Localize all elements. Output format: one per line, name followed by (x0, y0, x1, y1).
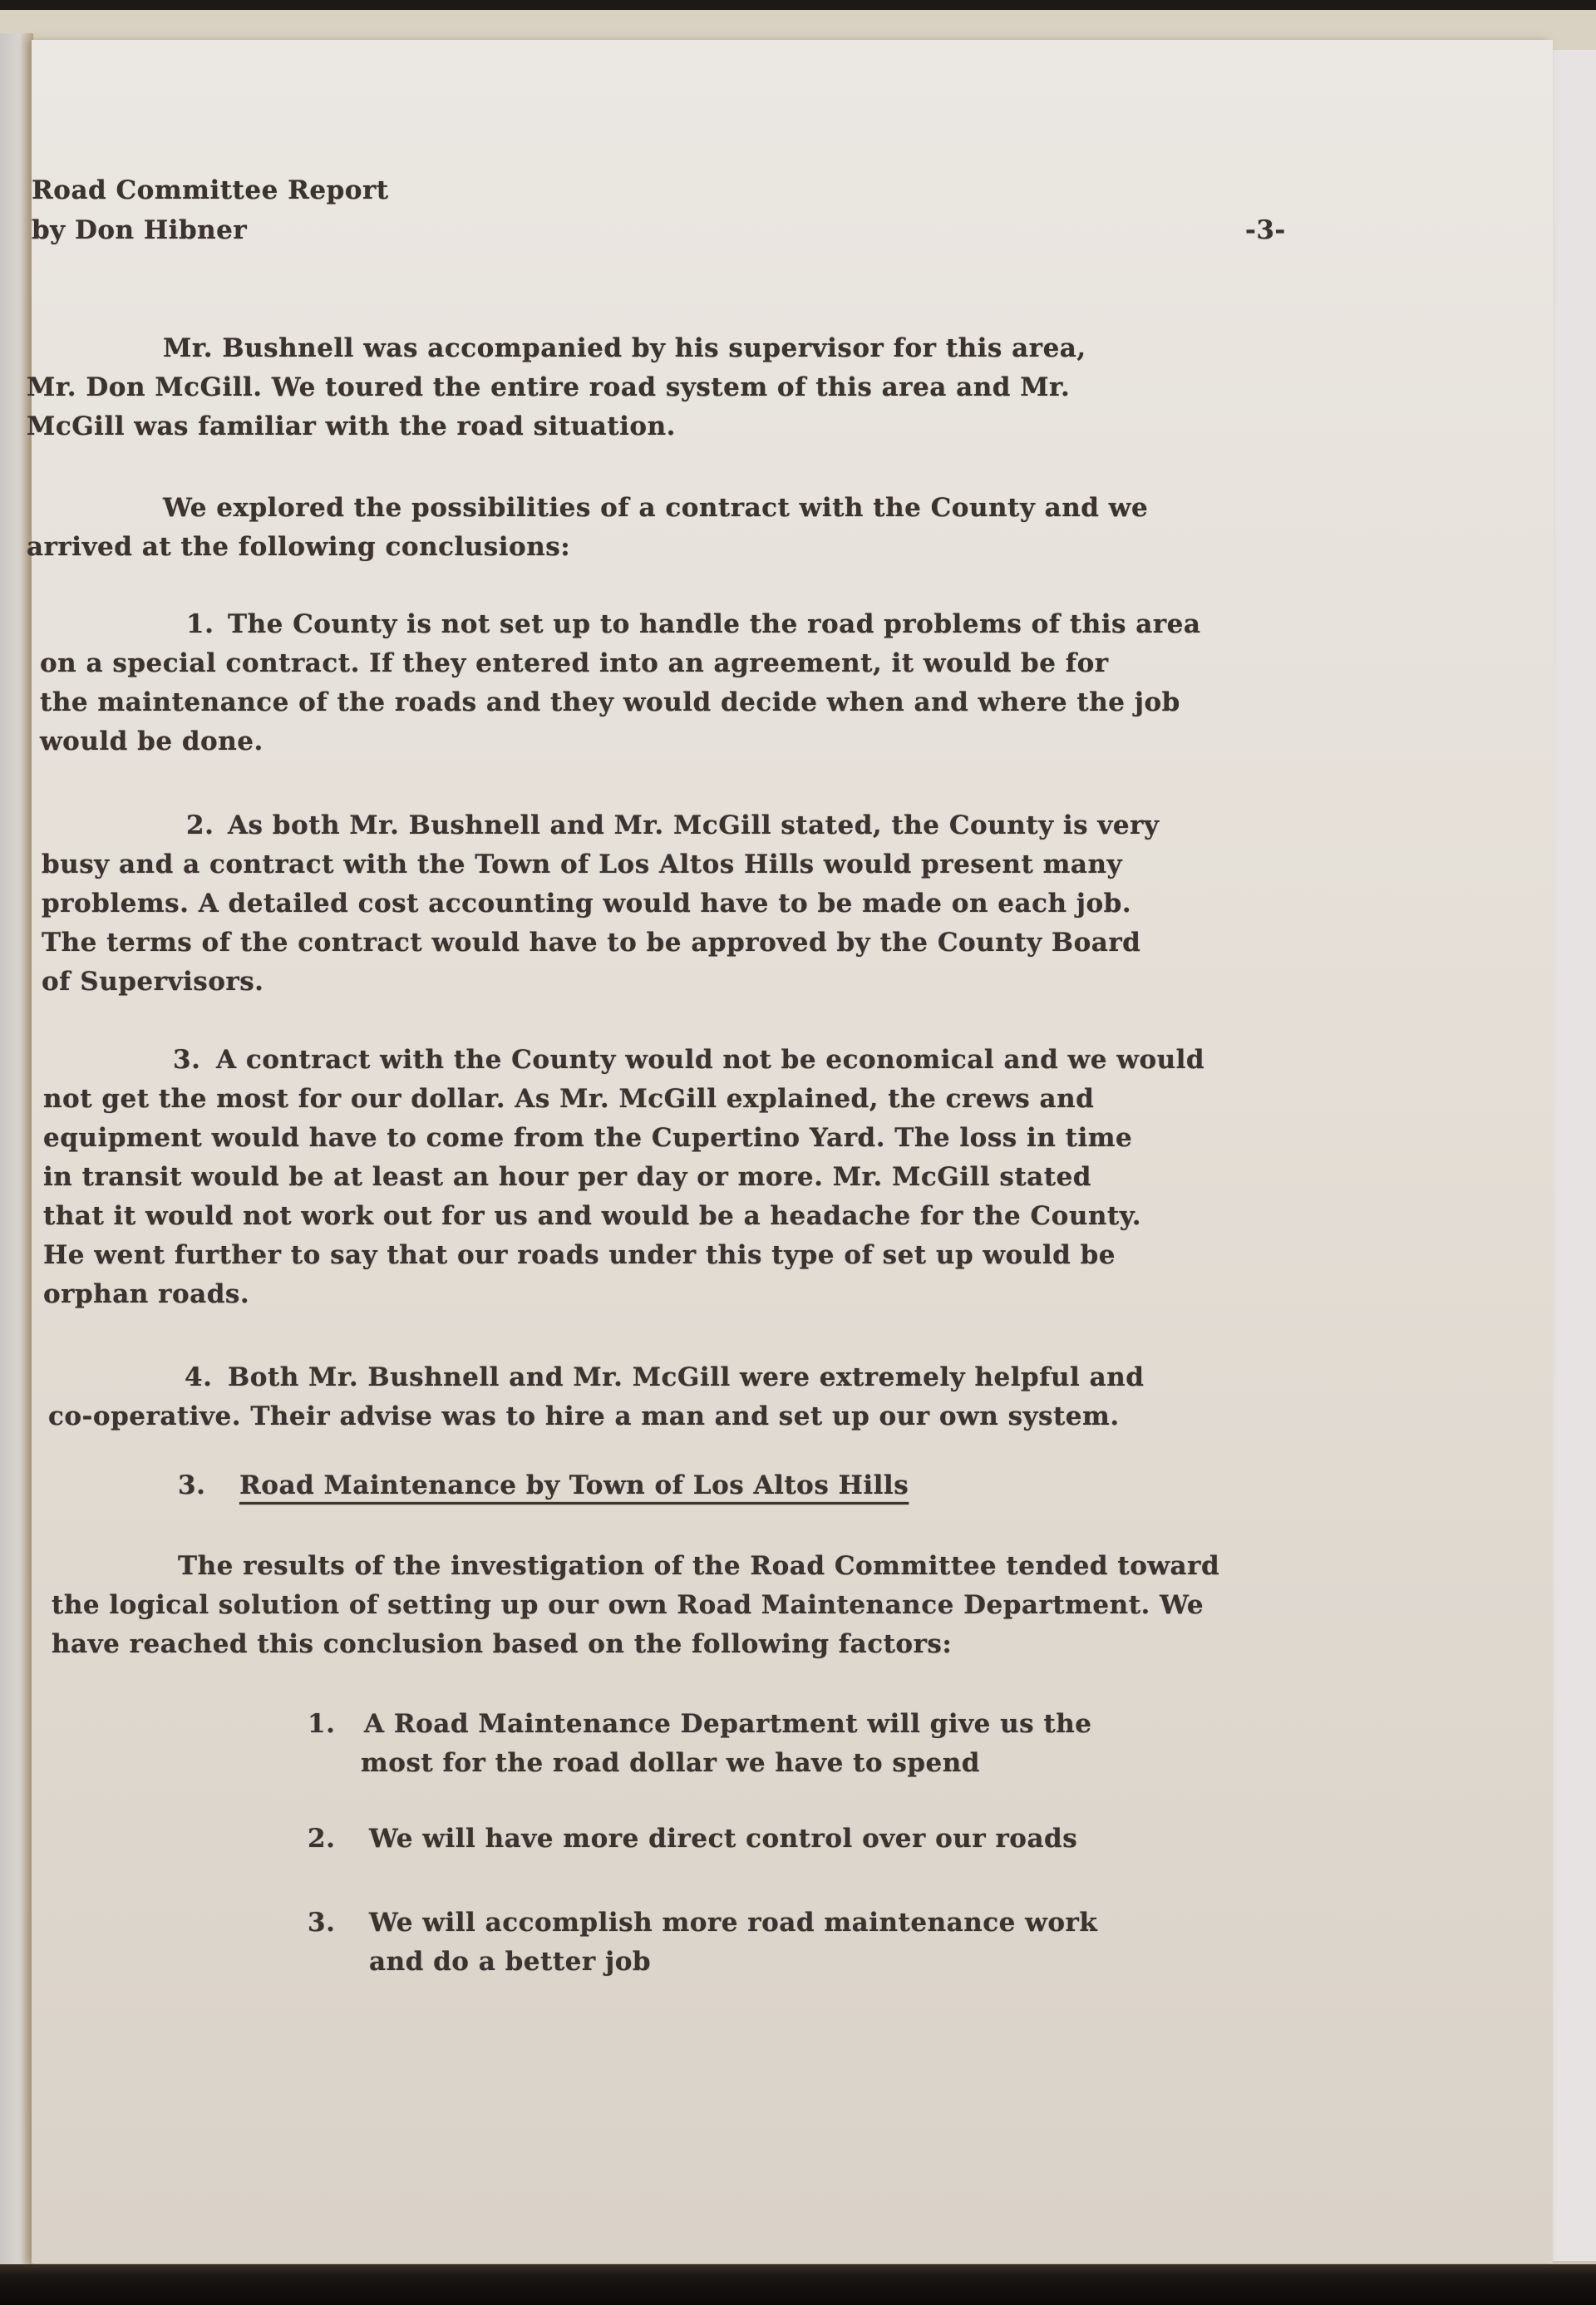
text-line: the maintenance of the roads and they wo… (40, 687, 1180, 717)
text-line: have reached this conclusion based on th… (52, 1629, 952, 1659)
text-line: As both Mr. Bushnell and Mr. McGill stat… (228, 810, 1159, 840)
list-number: 2. (186, 810, 214, 840)
list-number: 2. (308, 1824, 335, 1854)
text-line: We will have more direct control over ou… (369, 1824, 1077, 1854)
document-photo: Road Committee Report by Don Hibner -3- … (0, 0, 1596, 2305)
report-title: Road Committee Report (32, 175, 389, 205)
text-line: most for the road dollar we have to spen… (361, 1748, 980, 1778)
text-line: Both Mr. Bushnell and Mr. McGill were ex… (228, 1362, 1144, 1392)
list-number: 3. (173, 1045, 200, 1075)
bottom-edge-shadow (0, 2264, 1596, 2305)
list-number: 1. (186, 609, 214, 639)
page-number: -3- (1245, 215, 1286, 245)
text-line: equipment would have to come from the Cu… (43, 1123, 1132, 1153)
text-line: A contract with the County would not be … (216, 1045, 1204, 1075)
text-line: orphan roads. (43, 1279, 249, 1309)
text-line: We explored the possibilities of a contr… (163, 493, 1148, 523)
section-number: 3. (178, 1470, 205, 1500)
text-line: would be done. (40, 726, 264, 756)
text-line: arrived at the following conclusions: (27, 532, 570, 562)
text-line: He went further to say that our roads un… (43, 1240, 1116, 1270)
text-line: on a special contract. If they entered i… (40, 648, 1109, 678)
list-number: 1. (308, 1709, 335, 1739)
text-line: of Supervisors. (42, 967, 264, 997)
document-page: Road Committee Report by Don Hibner -3- … (32, 40, 1553, 2263)
text-line: problems. A detailed cost accounting wou… (42, 889, 1131, 919)
text-line: the logical solution of setting up our o… (52, 1590, 1204, 1620)
text-line: We will accomplish more road maintenance… (369, 1908, 1097, 1938)
list-number: 4. (185, 1362, 212, 1392)
text-line: A Road Maintenance Department will give … (364, 1709, 1092, 1739)
text-line: The results of the investigation of the … (178, 1551, 1219, 1581)
right-underlying-sheet (1551, 50, 1596, 2261)
text-line: The County is not set up to handle the r… (228, 609, 1201, 639)
text-line: in transit would be at least an hour per… (43, 1162, 1091, 1192)
left-binding-edge (0, 33, 33, 2278)
text-line: that it would not work out for us and wo… (43, 1201, 1141, 1231)
text-line: Mr. Bushnell was accompanied by his supe… (163, 333, 1086, 363)
text-line: The terms of the contract would have to … (42, 928, 1140, 958)
text-line: co-operative. Their advise was to hire a… (48, 1401, 1120, 1431)
text-line: not get the most for our dollar. As Mr. … (43, 1084, 1094, 1114)
text-line: and do a better job (369, 1947, 651, 1977)
list-number: 3. (308, 1908, 335, 1938)
report-author: by Don Hibner (32, 215, 247, 245)
text-line: Mr. Don McGill. We toured the entire roa… (27, 372, 1070, 402)
section-title: Road Maintenance by Town of Los Altos Hi… (239, 1470, 909, 1500)
text-line: busy and a contract with the Town of Los… (42, 850, 1122, 879)
text-line: McGill was familiar with the road situat… (27, 411, 676, 441)
